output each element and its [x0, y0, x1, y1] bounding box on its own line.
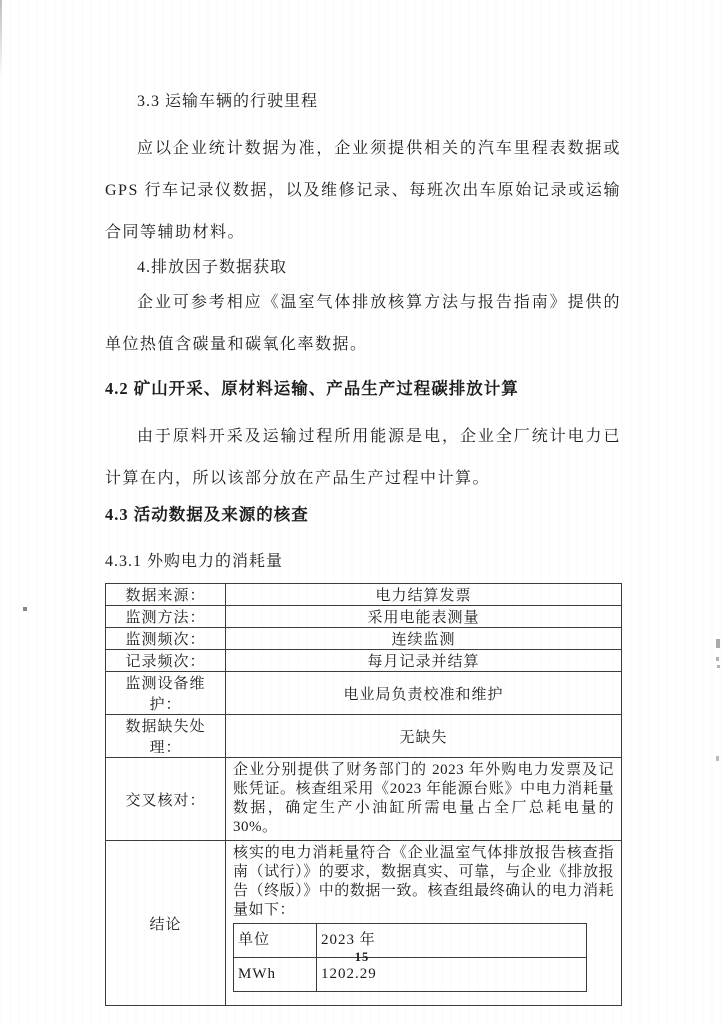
table-row: 数据来源： 电力结算发票: [106, 584, 622, 606]
table-row-cross-check: 交叉核对： 企业分别提供了财务部门的 2023 年外购电力发票及记账凭证。核查组…: [106, 758, 622, 841]
table-row: 监测设备维护： 电业局负责校准和维护: [106, 672, 622, 715]
scan-speck: [716, 657, 719, 661]
scan-speck: [23, 607, 27, 611]
row-value: 电力结算发票: [226, 584, 622, 606]
conclusion-text: 核实的电力消耗量符合《企业温室气体排放报告核查指南（试行）》的要求，数据真实、可…: [233, 844, 614, 920]
cross-check-text: 企业分别提供了财务部门的 2023 年外购电力发票及记账凭证。核查组采用《202…: [226, 758, 622, 841]
heading-4-3: 4.3 活动数据及来源的核查: [105, 500, 621, 530]
row-value: 每月记录并结算: [226, 650, 622, 672]
row-label: 数据缺失处理：: [106, 715, 226, 758]
row-value: 电业局负责校准和维护: [226, 672, 622, 715]
paragraph-emission-factor: 企业可参考相应《温室气体排放核算方法与报告指南》提供的单位热值含碳量和碳氧化率数…: [105, 282, 621, 366]
row-label: 监测设备维护：: [106, 672, 226, 715]
heading-4-3-1: 4.3.1 外购电力的消耗量: [105, 548, 621, 576]
table-row-conclusion: 结论 核实的电力消耗量符合《企业温室气体排放报告核查指南（试行）》的要求，数据真…: [106, 841, 622, 1006]
paragraph-4-2: 由于原料开采及运输过程所用能源是电，企业全厂统计电力已计算在内，所以该部分放在产…: [105, 416, 621, 500]
page-content: 3.3 运输车辆的行驶里程 应以企业统计数据为准，企业须提供相关的汽车里程表数据…: [105, 88, 621, 1006]
heading-4-2: 4.2 矿山开采、原材料运输、产品生产过程碳排放计算: [105, 374, 621, 404]
scan-speck: [716, 639, 720, 648]
row-label: 交叉核对：: [106, 758, 226, 841]
heading-3-3: 3.3 运输车辆的行驶里程: [105, 88, 621, 116]
heading-4: 4.排放因子数据获取: [105, 254, 621, 282]
conclusion-cell: 核实的电力消耗量符合《企业温室气体排放报告核查指南（试行）》的要求，数据真实、可…: [226, 841, 622, 1006]
row-label: 数据来源：: [106, 584, 226, 606]
row-label: 结论: [106, 841, 226, 1006]
scan-speck: [717, 665, 720, 668]
table-row: 监测方法： 采用电能表测量: [106, 606, 622, 628]
scan-edge-artifact: [0, 0, 2, 78]
row-label: 监测频次：: [106, 628, 226, 650]
page-number: 15: [0, 950, 724, 965]
table-row: 记录频次： 每月记录并结算: [106, 650, 622, 672]
table-row: 监测频次： 连续监测: [106, 628, 622, 650]
row-value: 连续监测: [226, 628, 622, 650]
scan-speck: [716, 756, 719, 761]
row-value: 采用电能表测量: [226, 606, 622, 628]
row-label: 监测方法：: [106, 606, 226, 628]
row-label: 记录频次：: [106, 650, 226, 672]
document-page: 3.3 运输车辆的行驶里程 应以企业统计数据为准，企业须提供相关的汽车里程表数据…: [0, 0, 724, 1024]
verification-table: 数据来源： 电力结算发票 监测方法： 采用电能表测量 监测频次： 连续监测 记录…: [105, 583, 622, 1006]
table-row: 数据缺失处理： 无缺失: [106, 715, 622, 758]
row-value: 无缺失: [226, 715, 622, 758]
paragraph-mileage: 应以企业统计数据为准，企业须提供相关的汽车里程表数据或 GPS 行车记录仪数据，…: [105, 128, 621, 254]
